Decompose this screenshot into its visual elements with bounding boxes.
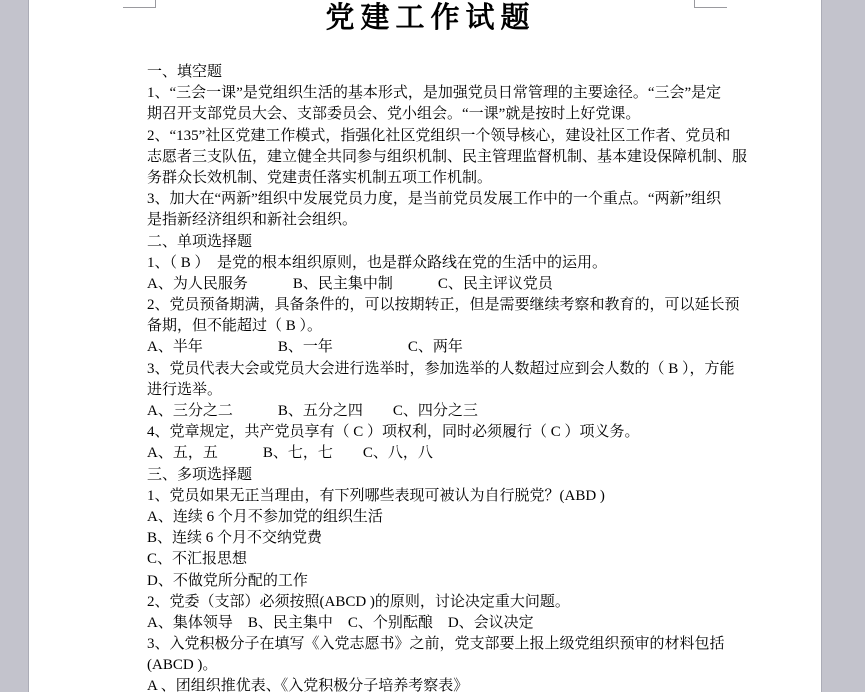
document-body[interactable]: 一、填空题1、“三会一课”是党组织生活的基本形式，是加强党员日常管理的主要途径。… <box>147 62 727 692</box>
text-line[interactable]: 一、填空题 <box>147 62 727 83</box>
text-line[interactable]: 2、党员预备期满，具备条件的，可以按期转正，但是需要继续考察和教育的，可以延长预 <box>147 295 727 316</box>
text-line[interactable]: 3、党员代表大会或党员大会进行选举时，参加选举的人数超过应到会人数的（ B ），… <box>147 359 727 380</box>
document-page[interactable]: 党建工作试题 一、填空题1、“三会一课”是党组织生活的基本形式，是加强党员日常管… <box>28 0 822 692</box>
text-line[interactable]: 2、党委（支部）必须按照(ABCD )的原则，讨论决定重大问题。 <box>147 592 727 613</box>
text-line[interactable]: 1、党员如果无正当理由，有下列哪些表现可被认为自行脱党？(ABD ) <box>147 486 727 507</box>
text-line[interactable]: 1、（ B ） 是党的根本组织原则，也是群众路线在党的生活中的运用。 <box>147 253 727 274</box>
text-line[interactable]: D、不做党所分配的工作 <box>147 571 727 592</box>
text-line[interactable]: 期召开支部党员大会、支部委员会、党小组会。“一课”就是按时上好党课。 <box>147 104 727 125</box>
text-line[interactable]: (ABCD )。 <box>147 655 727 676</box>
text-line[interactable]: 二、单项选择题 <box>147 232 727 253</box>
text-line[interactable]: A、半年 B、一年 C、两年 <box>147 337 727 358</box>
text-line[interactable]: 2、“135”社区党建工作模式，指强化社区党组织一个领导核心，建设社区工作者、党… <box>147 126 727 147</box>
text-line[interactable]: C、不汇报思想 <box>147 549 727 570</box>
text-line[interactable]: 3、加大在“两新”组织中发展党员力度，是当前党员发展工作中的一个重点。“两新”组… <box>147 189 727 210</box>
text-line[interactable]: 1、“三会一课”是党组织生活的基本形式，是加强党员日常管理的主要途径。“三会”是… <box>147 83 727 104</box>
text-line[interactable]: B、连续 6 个月不交纳党费 <box>147 528 727 549</box>
text-line[interactable]: A、五，五 B、七，七 C、八，八 <box>147 443 727 464</box>
text-line[interactable]: 三、多项选择题 <box>147 465 727 486</box>
text-line[interactable]: 务群众长效机制、党建责任落实机制五项工作机制。 <box>147 168 727 189</box>
text-line[interactable]: A、为人民服务 B、民主集中制 C、民主评议党员 <box>147 274 727 295</box>
text-line[interactable]: 是指新经济组织和新社会组织。 <box>147 210 727 231</box>
text-line[interactable]: 4、党章规定，共产党员享有（ C ）项权利，同时必须履行（ C ）项义务。 <box>147 422 727 443</box>
text-line[interactable]: 进行选举。 <box>147 380 727 401</box>
text-line[interactable]: A、集体领导 B、民主集中 C、个别酝酿 D、会议决定 <box>147 613 727 634</box>
text-line[interactable]: A、三分之二 B、五分之四 C、四分之三 <box>147 401 727 422</box>
text-line[interactable]: 3、入党积极分子在填写《入党志愿书》之前，党支部要上报上级党组织预审的材料包括 <box>147 634 727 655</box>
document-title[interactable]: 党建工作试题 <box>147 1 714 35</box>
text-line[interactable]: 备期，但不能超过（ B ）。 <box>147 316 727 337</box>
text-line[interactable]: A、连续 6 个月不参加党的组织生活 <box>147 507 727 528</box>
text-line[interactable]: A 、团组织推优表、《入党积极分子培养考察表》 <box>147 676 727 692</box>
text-line[interactable]: 志愿者三支队伍，建立健全共同参与组织机制、民主管理监督机制、基本建设保障机制、服 <box>147 147 727 168</box>
